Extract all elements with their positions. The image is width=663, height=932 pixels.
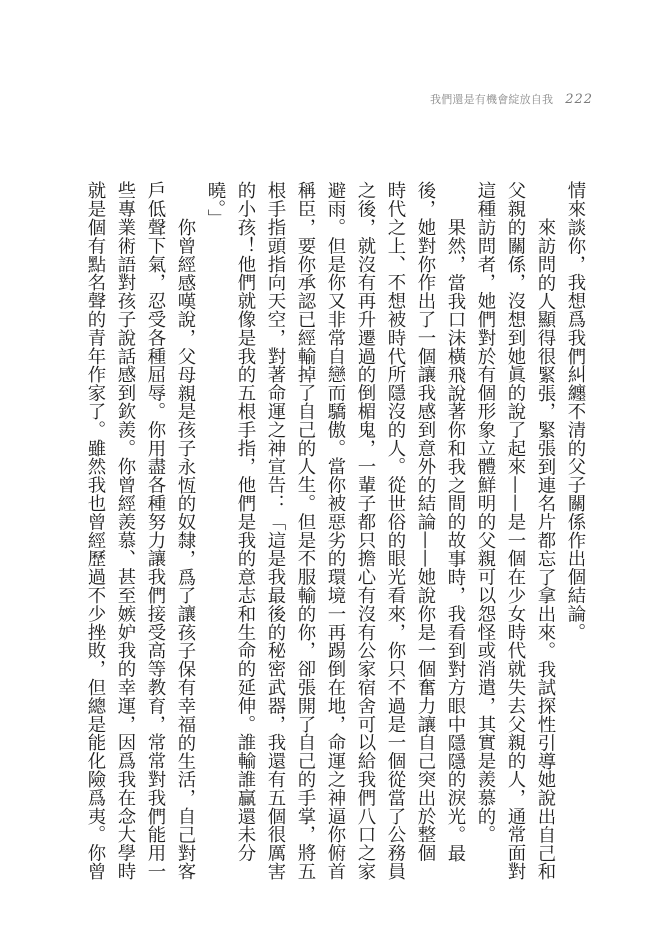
text-column: 時代之上、不想被時代所隱沒的人。從世俗的眼光看來，你只不過是一個從當了公務員: [380, 181, 410, 881]
text-column: 就是個有點名聲的青年作家了。雖然我也曾經歷過不少挫敗，但總是能化險爲夷。你曾: [80, 181, 110, 881]
paragraph-4: 你曾經感嘆說，父母親是孩子永恆的奴隸，爲了讓孩子保有幸福的生活，自己對客 戶低聲…: [80, 181, 200, 881]
text-column: 的小孩！他們就像是我的五根手指，他們是我的意志和生命的延伸。誰輸誰贏還未分: [230, 181, 260, 881]
paragraph-1: 情來談你，我想爲我們糾纏不清的父子關係作出個結論。: [560, 181, 590, 881]
text-column: 稱臣，要你承認已經輸掉了自己的人生。但是不服輸的你，卻張開了自己的手掌，將五: [290, 181, 320, 881]
running-head: 我們還是有機會綻放自我 222: [430, 91, 593, 109]
text-column: 戶低聲下氣，忍受各種屈辱。你用盡各種努力讓我們接受高等教育，常常對我們能用一: [140, 181, 170, 881]
page-number: 222: [565, 92, 593, 107]
text-column: 你曾經感嘆說，父母親是孩子永恆的奴隸，爲了讓孩子保有幸福的生活，自己對客: [170, 181, 200, 881]
text-column: 些專業術語對孩子說話感到欽羨。你曾經羨慕、甚至嫉妒我的幸運，因爲我在念大學時: [110, 181, 140, 881]
text-column: 情來談你，我想爲我們糾纏不清的父子關係作出個結論。: [560, 181, 590, 881]
text-column: 來訪問的人顯得很緊張，緊張到連名片都忘了拿出來。我試探性引導她說出自己和: [530, 181, 560, 881]
text-column: 曉。」: [200, 181, 230, 881]
running-title: 我們還是有機會綻放自我: [430, 91, 553, 107]
text-column: 避雨。但是你又非常自戀而驕傲。當你被惡劣的環境一再踢倒在地，命運之神逼你俯首: [320, 181, 350, 881]
paragraph-3: 果然，當我口沫橫飛說著你和我之間的故事時，我看到對方眼中隱隱的淚光。最 後，她對…: [200, 181, 470, 881]
text-column: 父親的關係，沒想到她眞的說了起來——是一個在少女時代就失去父親的人，通常面對: [500, 181, 530, 881]
vertical-body-text: 情來談你，我想爲我們糾纏不清的父子關係作出個結論。 來訪問的人顯得很緊張，緊張到…: [80, 181, 590, 881]
paragraph-2: 來訪問的人顯得很緊張，緊張到連名片都忘了拿出來。我試探性引導她說出自己和 父親的…: [470, 181, 560, 881]
text-column: 果然，當我口沫橫飛說著你和我之間的故事時，我看到對方眼中隱隱的淚光。最: [440, 181, 470, 881]
text-column: 這種訪問者，她們對於有個形象立體鮮明的父親可以怨怪或消遣，其實是羨慕的。: [470, 181, 500, 881]
text-column: 後，她對你作出了一個讓我感到意外的結論——她說你是一個奮力讓自己突出於整個: [410, 181, 440, 881]
text-column: 之後，就沒有再升遷過的倒楣鬼，一輩子都只擔心有沒有公家宿舍可以給我們八口之家: [350, 181, 380, 881]
text-column: 根手指頭指向天空，對著命運之神宣告：「這是我最後的秘密武器，我還有五個很厲害: [260, 181, 290, 881]
